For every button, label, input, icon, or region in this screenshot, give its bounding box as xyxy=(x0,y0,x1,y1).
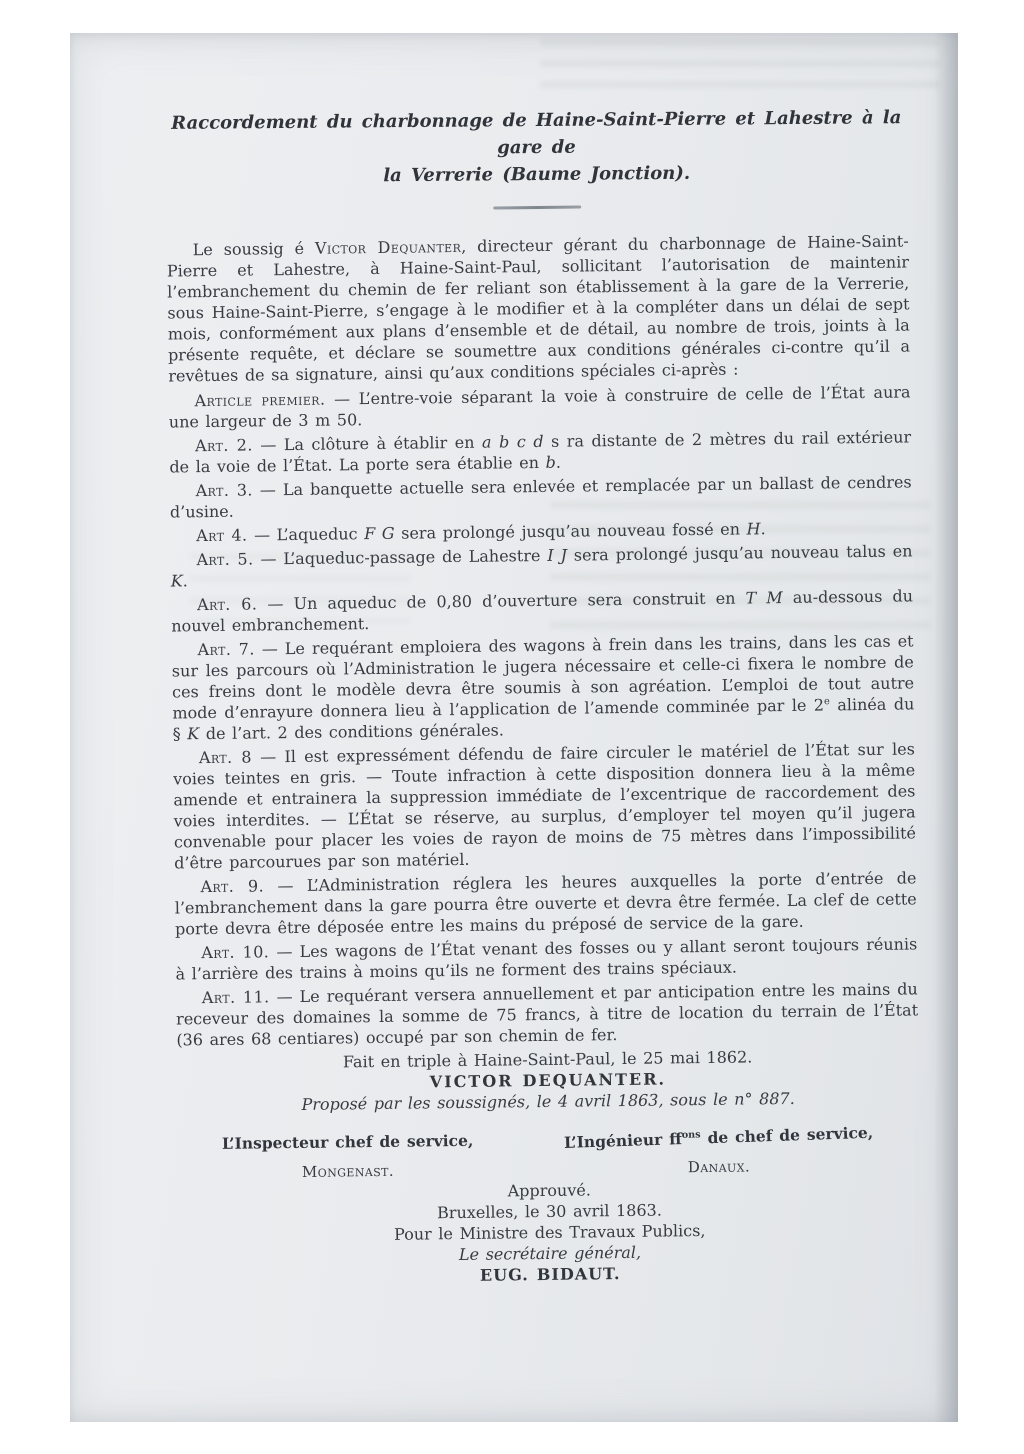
inspecteur-title: L’Inspecteur chef de service, xyxy=(222,1131,474,1153)
title-divider xyxy=(493,205,581,209)
signature-mongenast: Mongenast. xyxy=(178,1159,518,1184)
article-paragraph: Art. 10. — Les wagons de l’État venant d… xyxy=(175,933,917,984)
signature-row: L’Inspecteur chef de service, Mongenast.… xyxy=(178,1124,921,1184)
article-paragraph: Art. 2. — La clôture à établir en a b c … xyxy=(169,426,911,477)
article-paragraph: Art. 5. — L’aqueduc-passage de Lahestre … xyxy=(170,540,912,591)
document-content: Raccordement du charbonnage de Haine-Sai… xyxy=(165,102,921,1289)
article-paragraph: Art. 11. — Le requérant versera annuelle… xyxy=(176,978,919,1050)
article-paragraph: Article premier. — L’entre-voie séparant… xyxy=(168,381,910,432)
signature-block-ingenieur: L’Ingénieur ffons de chef de service, Da… xyxy=(517,1124,920,1180)
article-paragraph: Art. 6. — Un aqueduc de 0,80 d’ouverture… xyxy=(171,585,913,636)
article-paragraph: Art. 9. — L’Administration réglera les h… xyxy=(174,867,917,939)
article-paragraph: Art. 7. — Le requérant emploiera des wag… xyxy=(171,630,914,744)
intro-paragraph: Le soussig é Victor Dequanter, directeur… xyxy=(167,230,911,386)
title-line-2: la Verrerie (Baume Jonction). xyxy=(166,158,908,191)
document-page: Raccordement du charbonnage de Haine-Sai… xyxy=(70,33,958,1422)
bleedthrough-artifact xyxy=(540,39,940,97)
articles-section: Article premier. — L’entre-voie séparant… xyxy=(168,381,918,1050)
article-paragraph: Art. 8 — Il est expressément défendu de … xyxy=(173,738,916,873)
document-title: Raccordement du charbonnage de Haine-Sai… xyxy=(165,104,908,191)
title-line-1: Raccordement du charbonnage de Haine-Sai… xyxy=(165,104,907,164)
signature-block-inspecteur: L’Inspecteur chef de service, Mongenast. xyxy=(178,1129,519,1184)
article-paragraph: Art. 3. — La banquette actuelle sera enl… xyxy=(170,471,912,522)
screenshot-root: { "document": { "title": { "line1": "Rac… xyxy=(0,0,1024,1454)
ingenieur-title: L’Ingénieur ffons de chef de service, xyxy=(517,1120,919,1154)
closing-section: Fait en triple à Haine-Saint-Paul, le 25… xyxy=(177,1044,922,1289)
